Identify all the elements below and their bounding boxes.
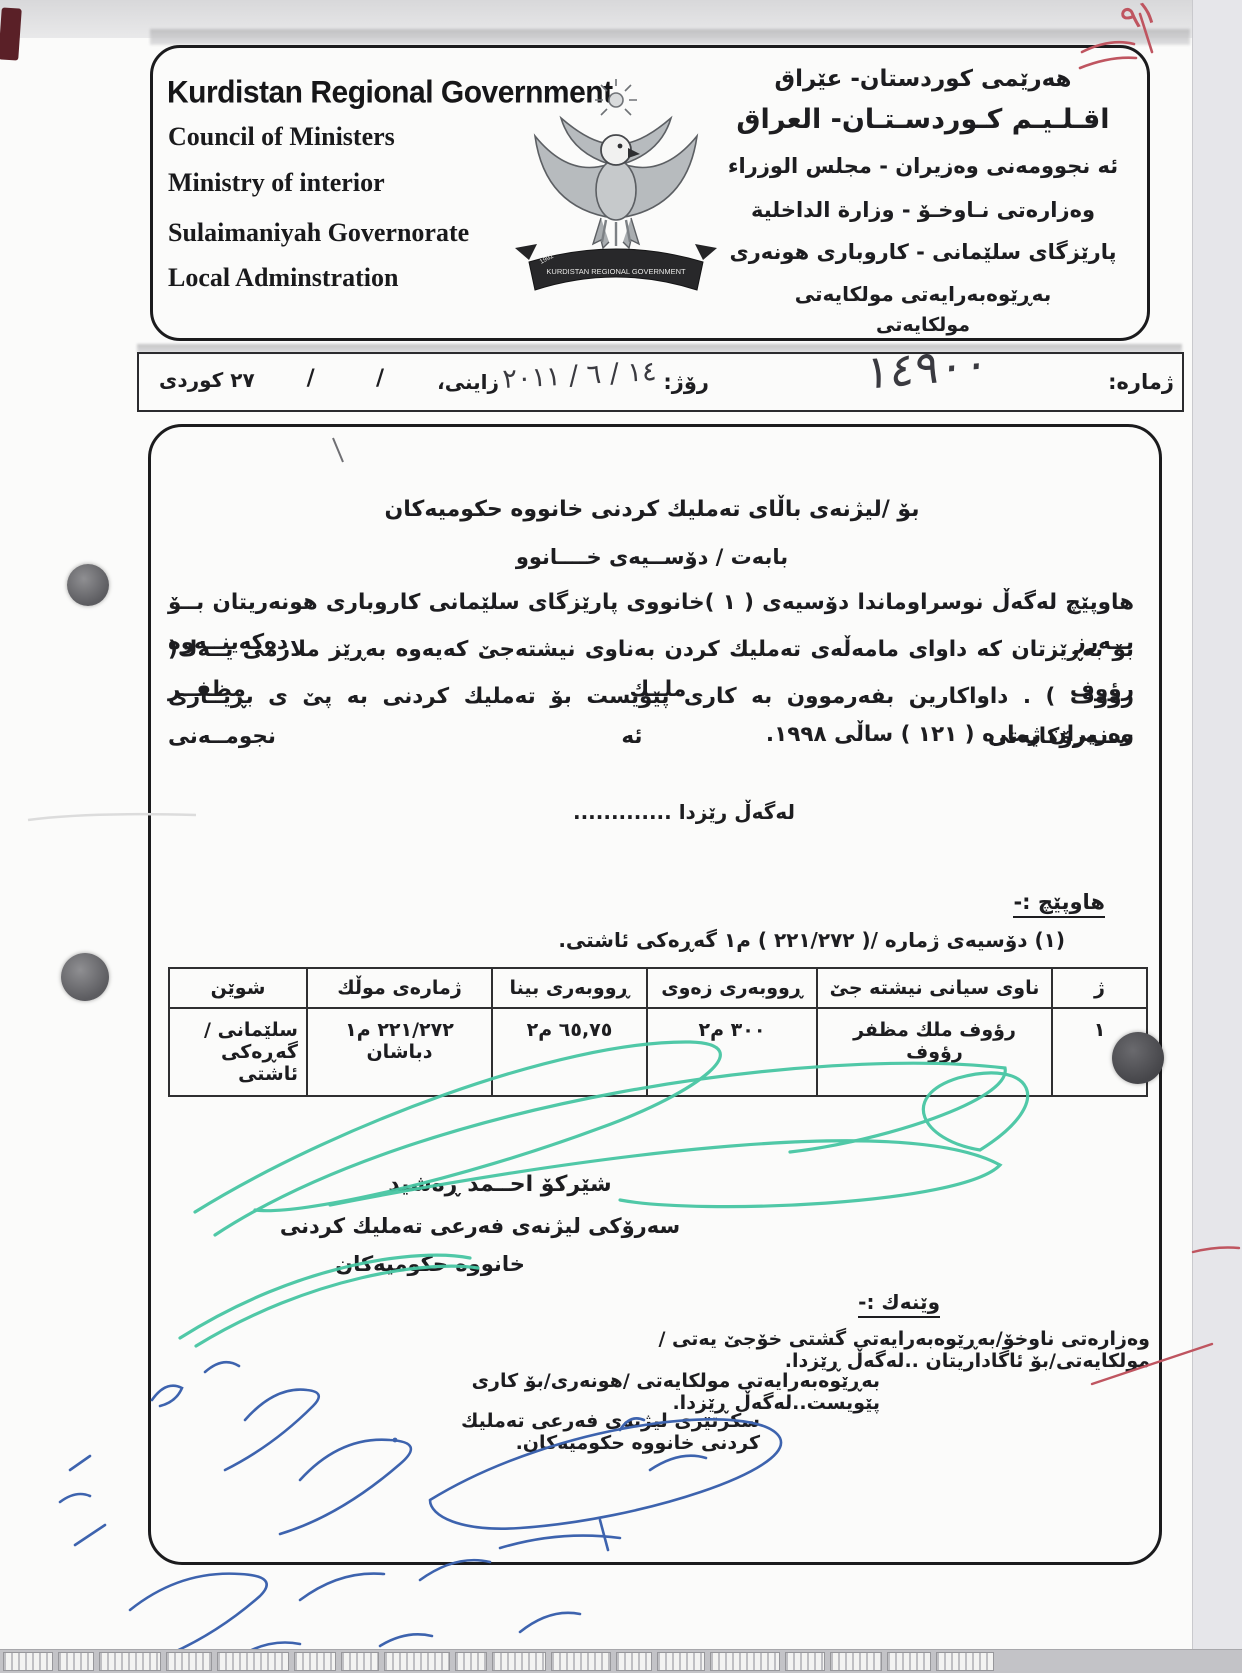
copy-line-3: سکرتێری لیژنەی فەرعی تەملیك کردنی خانووە… <box>440 1410 760 1454</box>
page-thumbnail[interactable] <box>887 1652 931 1671</box>
letter-subject-line: بابەت / دۆســیەی خــــانوو <box>168 545 1136 569</box>
margin-ink-mark <box>0 7 22 60</box>
page-thumbnail[interactable] <box>341 1652 379 1671</box>
page-thumbnail[interactable] <box>99 1652 161 1671</box>
ref-number-label: ژماره: <box>1064 370 1174 394</box>
col-header-no: ژ <box>1052 968 1147 1008</box>
page-thumbnail[interactable] <box>657 1652 705 1671</box>
eagle-icon <box>535 118 697 248</box>
col-header-building-area: ڕووبەری بینا <box>492 968 647 1008</box>
kurdish-header-line4: وەزارەتی نـاوخـۆ - وزارة الداخلية <box>713 198 1133 222</box>
kurdish-header-line1: هەرێمی کوردستان- عێراق <box>713 66 1133 92</box>
governorate-line: Sulaimaniyah Governorate <box>168 218 469 248</box>
cell-name: رؤوف ملك مظفر رؤوف <box>817 1008 1052 1096</box>
cell-property-no: ٢٢١/٢٧٢ م١ دباشان <box>307 1008 492 1096</box>
copies-heading-text: وێنەك :- <box>858 1290 940 1318</box>
copies-heading: وێنەك :- <box>830 1290 940 1318</box>
signatory-name: شێرکۆ احــمد ڕەشید <box>300 1172 700 1197</box>
scan-blob-right <box>1112 1032 1164 1084</box>
krg-emblem: KURDISTAN REGIONAL GOVERNMENT 1992 <box>511 78 721 313</box>
cell-land-area: ٣٠٠ م٢ <box>647 1008 817 1096</box>
page-thumbnail[interactable] <box>166 1652 212 1671</box>
page-thumbnail[interactable] <box>3 1652 53 1671</box>
page-thumbnail[interactable] <box>785 1652 825 1671</box>
kurdish-header-line3: ئە نجوومەنی وەزیران - مجلس الوزراء <box>713 154 1133 178</box>
emblem-ribbon: KURDISTAN REGIONAL GOVERNMENT 1992 <box>515 244 717 290</box>
kurdish-header-line2: اقـلـیـم کـوردسـتـان- العراق <box>713 104 1133 135</box>
cell-location: سلێمانی / گەڕەکی ئاشتی <box>169 1008 307 1096</box>
page-thumbnail[interactable] <box>710 1652 780 1671</box>
reference-strip: ژماره: ١٤٩٠٠ رۆژ: ١٤ / ٦ / ٢٠١١ زاینی، /… <box>137 352 1184 412</box>
page-thumbnail-strip <box>0 1649 1242 1673</box>
punch-hole-bottom <box>61 953 109 1001</box>
regards-line: لەگەڵ رێزدا ............. <box>545 800 795 824</box>
cell-building-area: ٦٥,٧٥ م٢ <box>492 1008 647 1096</box>
body-line-4: وەزیران ژماره ( ١٢١ ) ساڵی ١٩٩٨. <box>168 722 1134 747</box>
ref-date-label: رۆژ: <box>659 370 709 394</box>
col-header-land-area: ڕووبەری زەوی <box>647 968 817 1008</box>
page-thumbnail[interactable] <box>551 1652 611 1671</box>
table-row: ١ رؤوف ملك مظفر رؤوف ٣٠٠ م٢ ٦٥,٧٥ م٢ ٢٢١… <box>169 1008 1147 1096</box>
council-line: Council of Ministers <box>168 122 395 152</box>
signatory-title-line1: سەرۆکی لیژنەی فەرعی تەملیك کردنی <box>200 1214 760 1238</box>
page-thumbnail[interactable] <box>384 1652 450 1671</box>
scan-shadow-header <box>150 29 1190 45</box>
body-line-2: بۆ بەڕێزتان کە داوای مامەڵەی تەملیك کردن… <box>168 630 1134 672</box>
letter-to-line: بۆ /لیژنەی باڵای تەملیك کردنی خانووە حکو… <box>168 497 1136 522</box>
punch-hole-top <box>67 564 109 606</box>
local-admin-line: Local Adminstration <box>168 263 398 293</box>
copy-line-2: بەڕێوەبەرایەتی مولکایەتی /هونەری/بۆ کاری… <box>447 1370 880 1414</box>
col-header-property-no: ژمارەی موڵك <box>307 968 492 1008</box>
attachment-heading: هاوپێچ :- <box>975 890 1105 918</box>
property-table: ژ ناوی سیانی نیشتە جێ ڕووبەری زەوی ڕووبە… <box>168 967 1148 1097</box>
body-line-3: رؤوف ) . داواکارین بفەرموون بە کاری پێوی… <box>168 677 1134 719</box>
page-thumbnail[interactable] <box>936 1652 994 1671</box>
page-thumbnail[interactable] <box>830 1652 882 1671</box>
attachment-item: (١) دۆسیەی ژماره /( ٢٢١/٢٧٢ ) م١ گەڕەکی … <box>480 928 1065 952</box>
ref-date-handwritten: ١٤ / ٦ / ٢٠١١ <box>496 356 662 396</box>
page-thumbnail[interactable] <box>616 1652 652 1671</box>
scan-edge-right <box>1192 0 1242 1673</box>
kurdish-header-line5: پارێزگای سلێمانی - کاروباری هونەری <box>713 240 1133 264</box>
emblem-sun-icon <box>595 79 637 115</box>
signatory-title-line2: خانووە حکومیەکان <box>280 1252 580 1276</box>
body-line-1: هاوپێچ لەگەڵ نوسراوماندا دۆسیەی ( ١ )خان… <box>168 583 1134 625</box>
col-header-name: ناوی سیانی نیشتە جێ <box>817 968 1052 1008</box>
emblem-caption: KURDISTAN REGIONAL GOVERNMENT <box>546 267 686 276</box>
col-header-location: شوێن <box>169 968 307 1008</box>
page-thumbnail[interactable] <box>58 1652 94 1671</box>
table-header-row: ژ ناوی سیانی نیشتە جێ ڕووبەری زەوی ڕووبە… <box>169 968 1147 1008</box>
ministry-line: Ministry of interior <box>168 168 385 198</box>
ref-date-suffix: زاینی، <box>439 370 499 394</box>
scanned-letter-page: ٩١ Kurdistan Regional Government Council… <box>0 0 1242 1673</box>
kurdish-header-line6: بەڕێوەبەرایەتی مولکایەتی <box>713 282 1133 306</box>
copy-line-1: وەزارەتی ناوخۆ/بەڕێوەبەرایەتی گشتی خۆجێ … <box>560 1328 1150 1372</box>
page-thumbnail[interactable] <box>492 1652 546 1671</box>
page-thumbnail[interactable] <box>294 1652 336 1671</box>
letterhead-box: Kurdistan Regional Government Council of… <box>150 45 1150 341</box>
ref-blank-slashes: / / <box>304 366 384 391</box>
ref-kurdish-date: ٢٧ کوردی <box>159 368 264 392</box>
page-thumbnail[interactable] <box>217 1652 289 1671</box>
attachment-heading-text: هاوپێچ :- <box>1013 890 1105 918</box>
page-thumbnail[interactable] <box>455 1652 487 1671</box>
kurdish-header-line7: مولکایەتی <box>713 314 1133 336</box>
